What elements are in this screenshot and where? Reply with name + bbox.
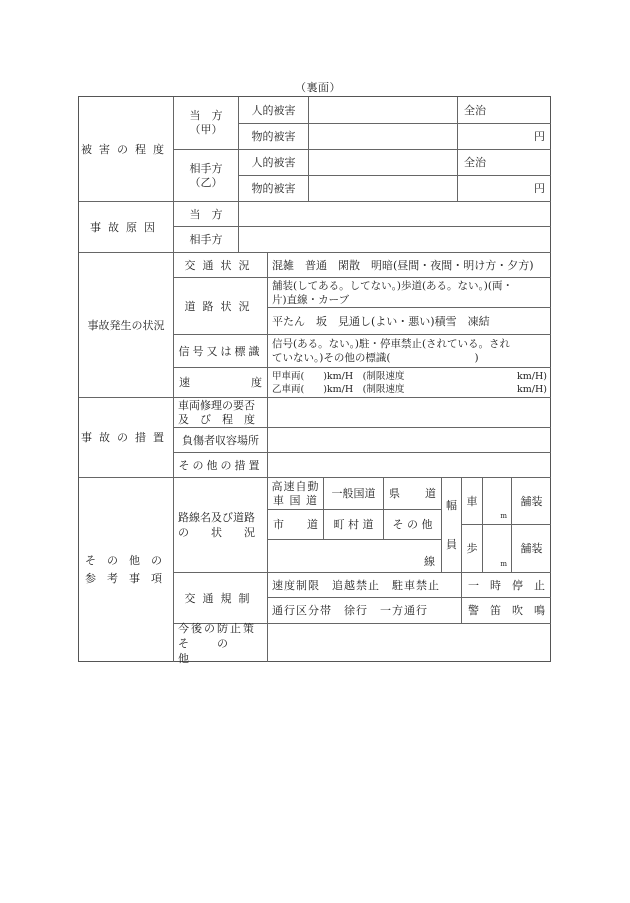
self-property-amount-field[interactable]: 円 xyxy=(457,123,551,149)
repair-field[interactable] xyxy=(267,397,551,427)
other-human-damage-label: 人的被害 xyxy=(238,149,308,175)
prefectural-2: 道 xyxy=(425,487,436,500)
road-type-national[interactable]: 一般国道 xyxy=(323,477,383,509)
sidewalk-paved-option[interactable]: 舗装 xyxy=(511,524,551,572)
damage-section-label: 被害の程度 xyxy=(79,97,173,201)
roadway-unit: m xyxy=(500,510,507,523)
self-recovery-period-field[interactable]: 全治 xyxy=(457,97,551,123)
speed-label-1: 速 xyxy=(179,376,190,389)
repair-label: 車両修理の要否 及 び 程 度 xyxy=(173,397,267,427)
signal-sign-field[interactable]: 信号(ある。ない。)駐・停車禁止(されている。され ていない。)その他の標識( … xyxy=(267,334,551,367)
roadway-paved-option[interactable]: 舗装 xyxy=(511,477,551,524)
width-label-1: 幅 xyxy=(446,499,457,512)
regulation-horn[interactable]: 警 笛 吹 鳴 xyxy=(461,597,551,623)
speed-row-b: 乙車両( )km/H (制限速度 km/H) xyxy=(272,383,547,396)
cause-other-label: 相手方 xyxy=(173,226,238,252)
regulation-row-1[interactable]: 速度制限 追越禁止 駐車禁止 xyxy=(267,572,461,597)
injured-location-label: 負傷者収容場所 xyxy=(173,427,267,452)
repair-label-1: 車両修理の要否 xyxy=(178,399,263,413)
speed-a-unit: km/H) xyxy=(517,370,547,383)
speed-a-text: 甲車両( )km/H (制限速度 xyxy=(272,370,404,383)
regulation-label: 交通規制 xyxy=(173,572,267,623)
route-label-1: 路線名及び道路 xyxy=(178,510,263,525)
roadway-width-field[interactable]: m xyxy=(482,477,511,524)
prevention-label: 今後の防止策 そ の 他 xyxy=(173,623,267,662)
regulation-stop[interactable]: 一 時 停 止 xyxy=(461,572,551,597)
speed-b-text: 乙車両( )km/H (制限速度 xyxy=(272,383,404,396)
damage-self-label: 当 方 （甲） xyxy=(173,97,238,149)
self-human-damage-label: 人的被害 xyxy=(238,97,308,123)
measures-section-label: 事故の措置 xyxy=(79,397,173,477)
speed-label: 速 度 xyxy=(173,367,267,397)
width-label: 幅 員 xyxy=(441,477,461,572)
signal-sign-label: 信号又は標識 xyxy=(173,334,267,367)
self-property-damage-label: 物的被害 xyxy=(238,123,308,149)
self-human-damage-field[interactable] xyxy=(308,97,457,123)
width-label-2: 員 xyxy=(446,538,457,551)
reference-label-1: そ の 他 の xyxy=(85,552,167,570)
route-label: 路線名及び道路 の 状 況 xyxy=(173,477,267,572)
traffic-condition-label: 交通状況 xyxy=(173,252,267,277)
city-2: 道 xyxy=(307,518,318,531)
cause-other-field[interactable] xyxy=(238,226,551,252)
road-type-other[interactable]: そ の 他 xyxy=(383,509,441,539)
other-property-damage-field[interactable] xyxy=(308,175,457,201)
situation-section-label: 事故発生の状況 xyxy=(79,252,173,397)
road-terrain-field[interactable]: 平たん 坂 見通し(よい・悪い)積雪 凍結 xyxy=(267,307,551,334)
sidewalk-width-field[interactable]: m xyxy=(482,524,511,572)
sidewalk-label: 歩 xyxy=(461,524,482,572)
damage-other-label: 相手方 （乙） xyxy=(173,149,238,201)
road-type-prefectural[interactable]: 県 道 xyxy=(383,477,441,509)
cause-section-label: 事故原因 xyxy=(79,201,173,252)
roadway-label: 車 xyxy=(461,477,482,524)
prevention-field[interactable] xyxy=(267,623,551,662)
accident-report-form: 被害の程度 当 方 （甲） 相手方 （乙） 人的被害 全治 物的被害 円 人的被… xyxy=(78,96,551,662)
regulation-row-2[interactable]: 通行区分帯 徐行 一方通行 xyxy=(267,597,461,623)
cause-self-field[interactable] xyxy=(238,201,551,226)
repair-label-2: 及 び 程 度 xyxy=(178,413,263,427)
cause-self-label: 当 方 xyxy=(173,201,238,226)
other-recovery-period-field[interactable]: 全治 xyxy=(457,149,551,175)
other-property-amount-field[interactable]: 円 xyxy=(457,175,551,201)
road-condition-label: 道路状況 xyxy=(173,277,267,334)
speed-label-2: 度 xyxy=(251,376,262,389)
city-1: 市 xyxy=(273,518,284,531)
prevention-label-1: 今後の防止策 xyxy=(178,621,263,636)
reference-label-2: 参 考 事 項 xyxy=(85,570,167,588)
other-measures-label: その他の措置 xyxy=(173,452,267,477)
route-name-field[interactable]: 線 xyxy=(267,539,441,572)
other-property-damage-label: 物的被害 xyxy=(238,175,308,201)
speed-row-a: 甲車両( )km/H (制限速度 km/H) xyxy=(272,370,547,383)
page-heading: （裏面） xyxy=(295,79,341,95)
route-label-2: の 状 況 xyxy=(178,525,263,540)
other-human-damage-field[interactable] xyxy=(308,149,457,175)
speed-b-unit: km/H) xyxy=(517,383,547,396)
road-type-city[interactable]: 市 道 xyxy=(267,509,323,539)
other-measures-field[interactable] xyxy=(267,452,551,477)
road-type-expressway[interactable]: 高速自動 車 国 道 xyxy=(267,477,323,509)
road-surface-field[interactable]: 舗装(してある。してない。)歩道(ある。ない。)(両・ 片)直線・カーブ xyxy=(267,277,551,307)
sidewalk-unit: m xyxy=(500,558,507,571)
prefectural-1: 県 xyxy=(389,487,400,500)
speed-field[interactable]: 甲車両( )km/H (制限速度 km/H) 乙車両( )km/H (制限速度 … xyxy=(267,367,551,397)
road-type-town[interactable]: 町 村 道 xyxy=(323,509,383,539)
traffic-condition-field[interactable]: 混雑 普通 閑散 明暗(昼間・夜間・明け方・夕方) xyxy=(267,252,551,277)
prevention-label-2: そ の 他 xyxy=(178,636,263,666)
reference-section-label: そ の 他 の 参 考 事 項 xyxy=(79,477,173,662)
self-property-damage-field[interactable] xyxy=(308,123,457,149)
injured-location-field[interactable] xyxy=(267,427,551,452)
